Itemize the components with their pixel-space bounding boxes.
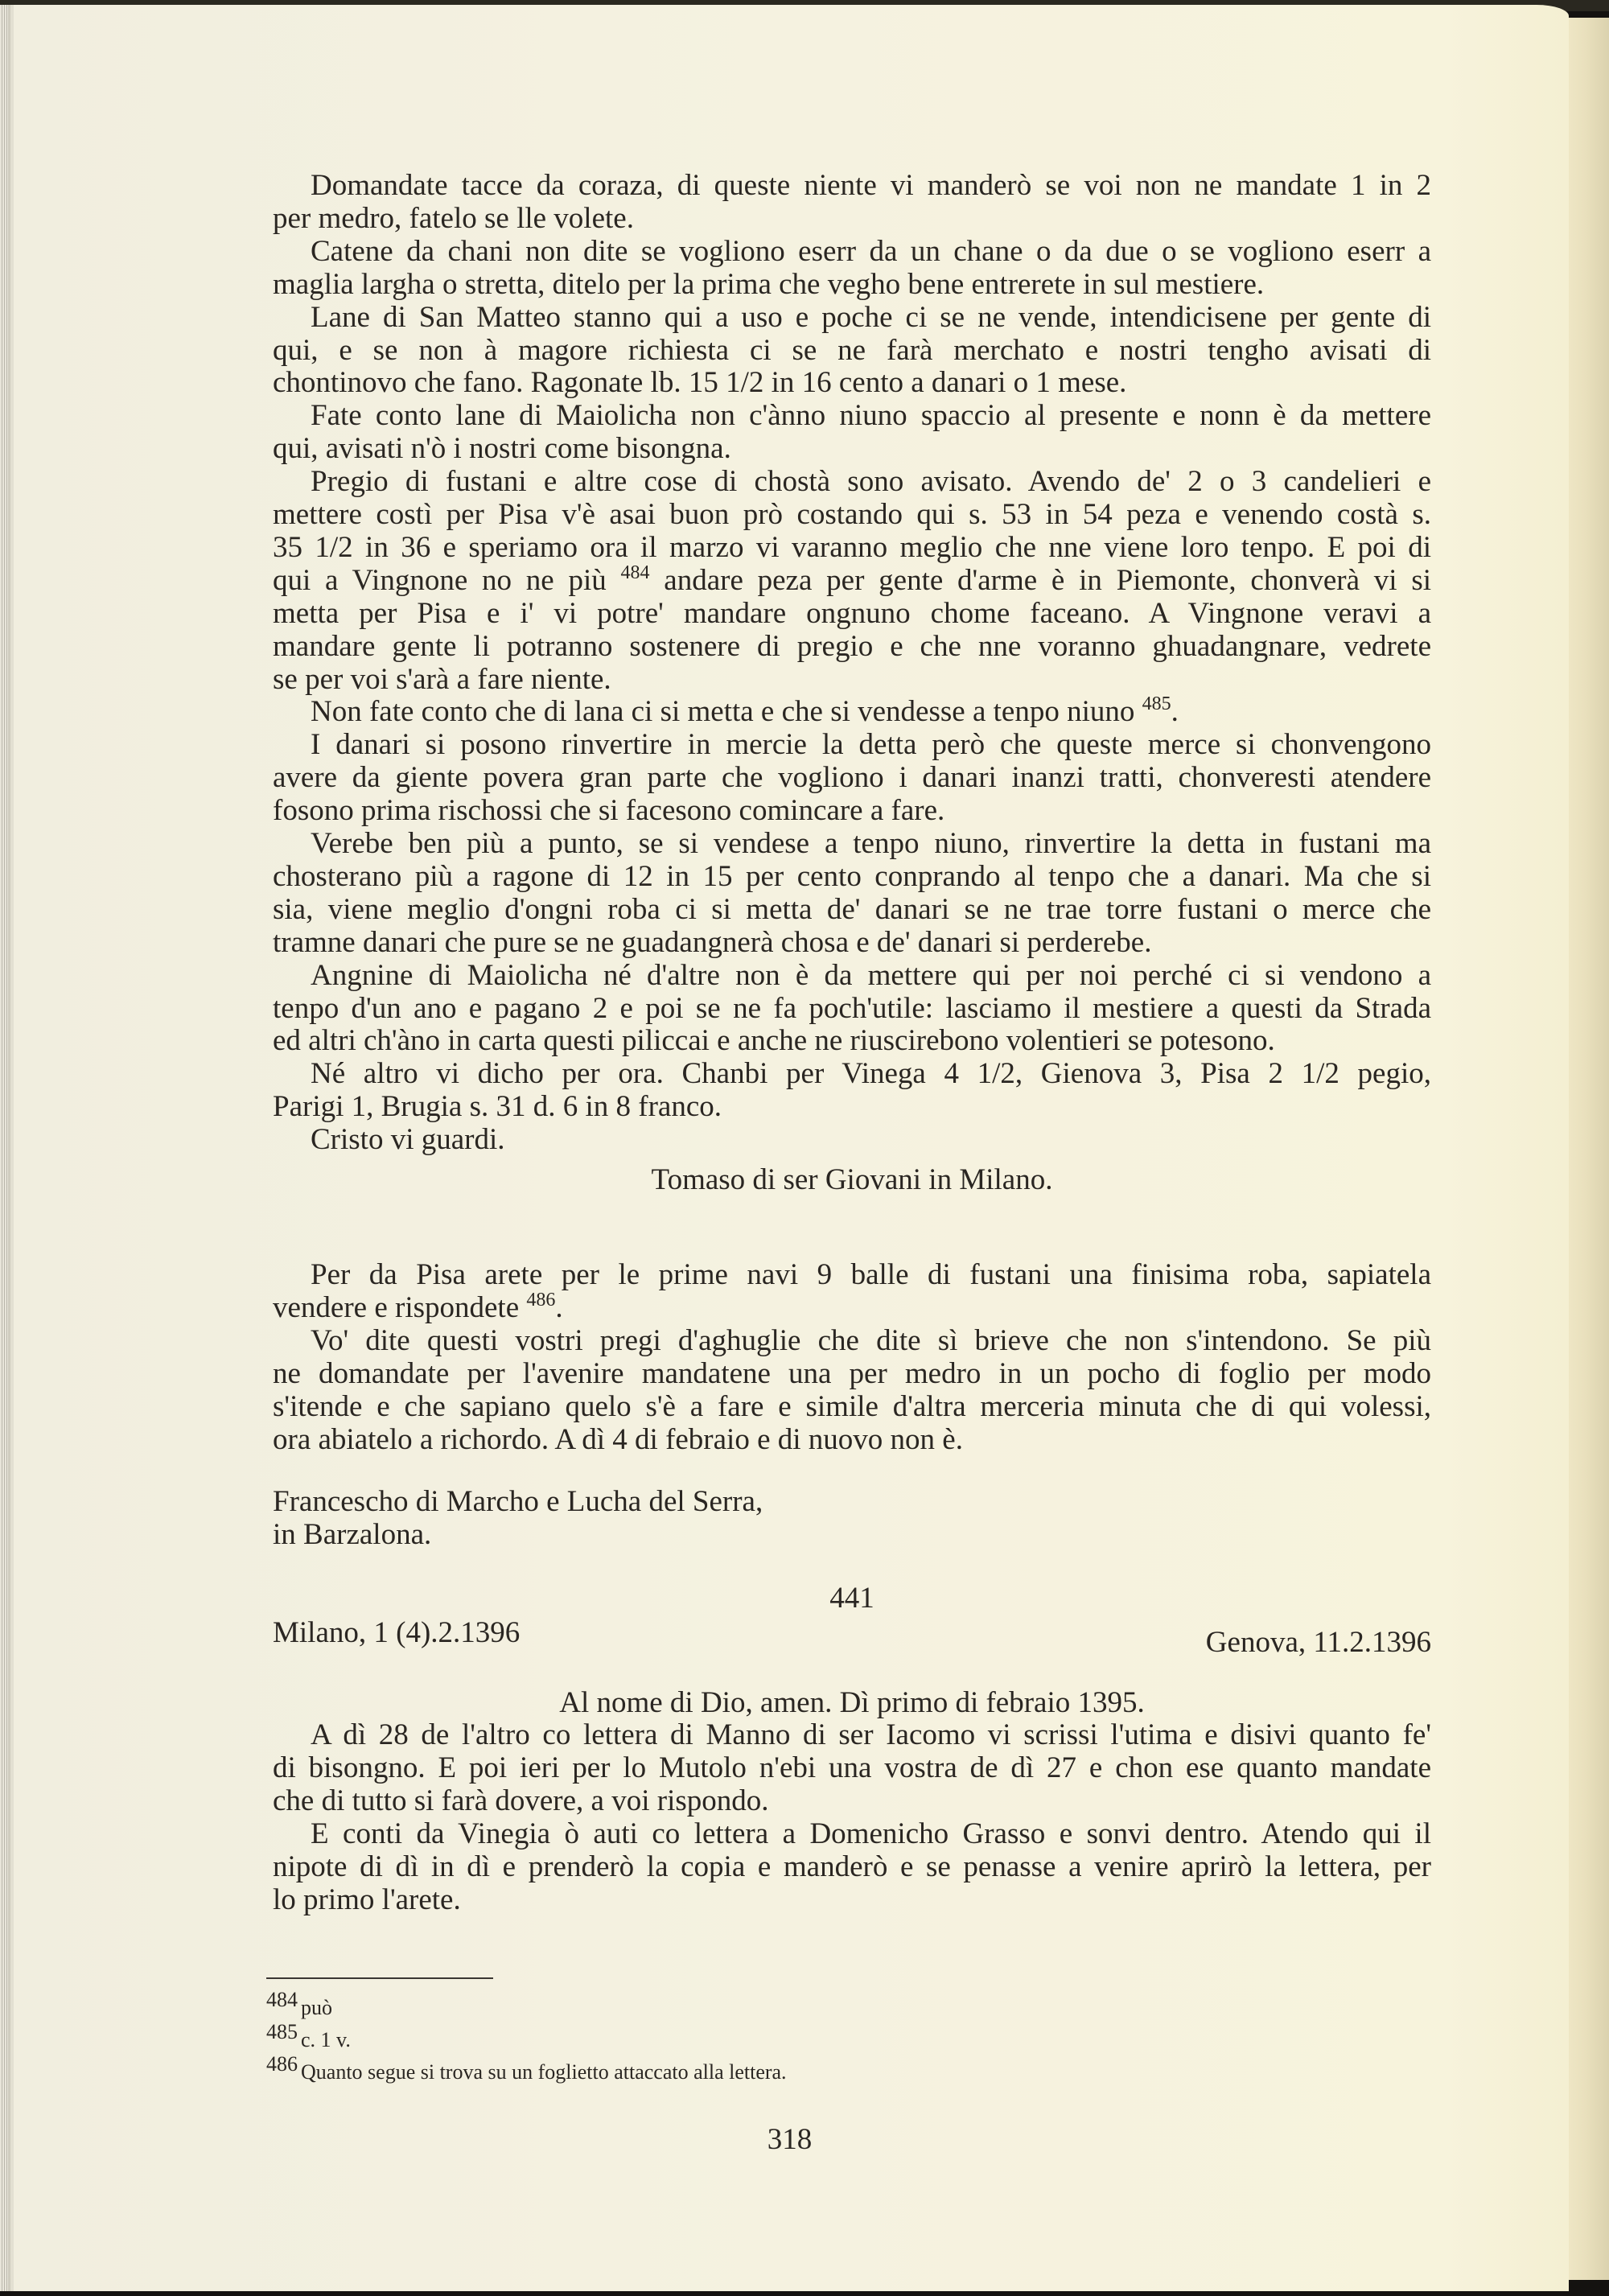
footnote-number: 485 xyxy=(266,2020,298,2043)
page-number: 318 xyxy=(10,2122,1569,2157)
text-line: E conti da Vinegia ò auti co lettera a D… xyxy=(311,1817,1431,1850)
text-line: se per voi s'arà a fare niente. xyxy=(273,663,1431,696)
text-line: Non fate conto che di lana ci si metta e… xyxy=(311,695,1431,728)
text-line: Fate conto lane di Maiolicha non c'ànno … xyxy=(311,399,1431,432)
text-line: avere da giente povera gran parte che vo… xyxy=(273,761,1431,794)
facing-page-edge xyxy=(1565,18,1609,2280)
letter-destination: Genova, 11.2.1396 xyxy=(1206,1626,1431,1659)
text-line: 35 1/2 in 36 e speriamo ora il marzo vi … xyxy=(273,531,1431,564)
text-line: ne domandate per l'avenire mandatene una… xyxy=(273,1357,1431,1390)
text-line: che di tutto si farà dovere, a voi rispo… xyxy=(273,1784,1431,1817)
text-line: Cristo vi guardi. xyxy=(311,1123,1431,1156)
footnote-number: 486 xyxy=(266,2052,298,2076)
text-line: vendere e rispondete 486. xyxy=(273,1291,1431,1324)
text-line: qui, avisati n'ò i nostri come bisongna. xyxy=(273,432,1431,465)
footnote-reference: 485 xyxy=(1142,693,1171,714)
address-line-1: Francescho di Marcho e Lucha del Serra, xyxy=(273,1485,1431,1518)
letter-origin: Milano, 1 (4).2.1396 xyxy=(273,1616,520,1649)
text-line: metta per Pisa e i' vi potre' mandare on… xyxy=(273,597,1431,630)
text-line: Pregio di fustani e altre cose di chostà… xyxy=(311,465,1431,498)
footnote-rule xyxy=(266,1977,493,1979)
footnote-number: 484 xyxy=(266,1988,298,2011)
text-line: Domandate tacce da coraza, di queste nie… xyxy=(311,169,1431,202)
text-line: I danari si posono rinvertire in mercie … xyxy=(311,728,1431,761)
text-line: Angnine di Maiolicha né d'altre non è da… xyxy=(311,959,1431,992)
footnote: 486Quanto segue si trova su un foglietto… xyxy=(266,2056,787,2088)
letter-opening: Al nome di Dio, amen. Dì primo di febrai… xyxy=(273,1686,1431,1719)
text-line: mettere costì per Pisa v'è asai buon prò… xyxy=(273,498,1431,531)
text-line: Catene da chani non dite se vogliono ese… xyxy=(311,235,1431,268)
text-line: Parigi 1, Brugia s. 31 d. 6 in 8 franco. xyxy=(273,1090,1431,1123)
signature: Tomaso di ser Giovani in Milano. xyxy=(273,1163,1431,1196)
address-line-2: in Barzalona. xyxy=(273,1518,1431,1551)
text-line: mandare gente li potranno sostenere di p… xyxy=(273,630,1431,663)
text-line: chosterano più a ragone di 12 in 15 per … xyxy=(273,860,1431,893)
text-line: tramne danari che pure se ne guadangnerà… xyxy=(273,926,1431,959)
text-line: Vo' dite questi vostri pregi d'aghuglie … xyxy=(311,1324,1431,1357)
footnote-reference: 484 xyxy=(621,562,650,583)
text-line: tenpo d'un ano e pagano 2 e poi se ne fa… xyxy=(273,992,1431,1025)
text-line: per medro, fatelo se lle volete. xyxy=(273,202,1431,235)
text-line: Né altro vi dicho per ora. Chanbi per Vi… xyxy=(311,1057,1431,1090)
text-line: Per da Pisa arete per le prime navi 9 ba… xyxy=(311,1258,1431,1291)
text-line: Lane di San Matteo stanno qui a uso e po… xyxy=(311,301,1431,334)
text-line: lo primo l'arete. xyxy=(273,1883,1431,1916)
text-line: ora abiatelo a richordo. A dì 4 di febra… xyxy=(273,1423,1431,1456)
text-line: A dì 28 de l'altro co lettera di Manno d… xyxy=(311,1718,1431,1751)
text-line: s'itende e che sapiano quelo s'è a fare … xyxy=(273,1390,1431,1423)
footnote: 485c. 1 v. xyxy=(266,2024,351,2056)
letter-header-row: Milano, 1 (4).2.1396 Genova, 11.2.1396 xyxy=(273,1616,1431,1649)
text-line: di bisongno. E poi ieri per lo Mutolo n'… xyxy=(273,1751,1431,1784)
text-line: Verebe ben più a punto, se si vendese a … xyxy=(311,827,1431,860)
text-line: qui a Vingnone no ne più 484 andare peza… xyxy=(273,564,1431,597)
text-line: fosono prima rischossi che si facesono c… xyxy=(273,794,1431,827)
footnote-text: Quanto segue si trova su un foglietto at… xyxy=(301,2060,787,2084)
text-line: ed altri ch'àno in carta questi piliccai… xyxy=(273,1024,1431,1057)
text-line: sia, viene meglio d'ongni roba ci si met… xyxy=(273,893,1431,926)
page-stack-edge xyxy=(0,5,8,2291)
text-line: chontinovo che fano. Ragonate lb. 15 1/2… xyxy=(273,366,1431,399)
footnote-text: c. 1 v. xyxy=(301,2028,351,2051)
text-line: qui, e se non à magore richiesta ci se n… xyxy=(273,334,1431,367)
letter-number: 441 xyxy=(273,1582,1431,1615)
book-page: Domandate tacce da coraza, di queste nie… xyxy=(8,5,1569,2291)
footnote-reference: 486 xyxy=(526,1290,555,1311)
text-line: nipote di dì in dì e prenderò la copia e… xyxy=(273,1850,1431,1883)
text-line: maglia largha o stretta, ditelo per la p… xyxy=(273,268,1431,301)
footnote: 484può xyxy=(266,1992,332,2024)
footnote-text: può xyxy=(301,1996,332,2019)
